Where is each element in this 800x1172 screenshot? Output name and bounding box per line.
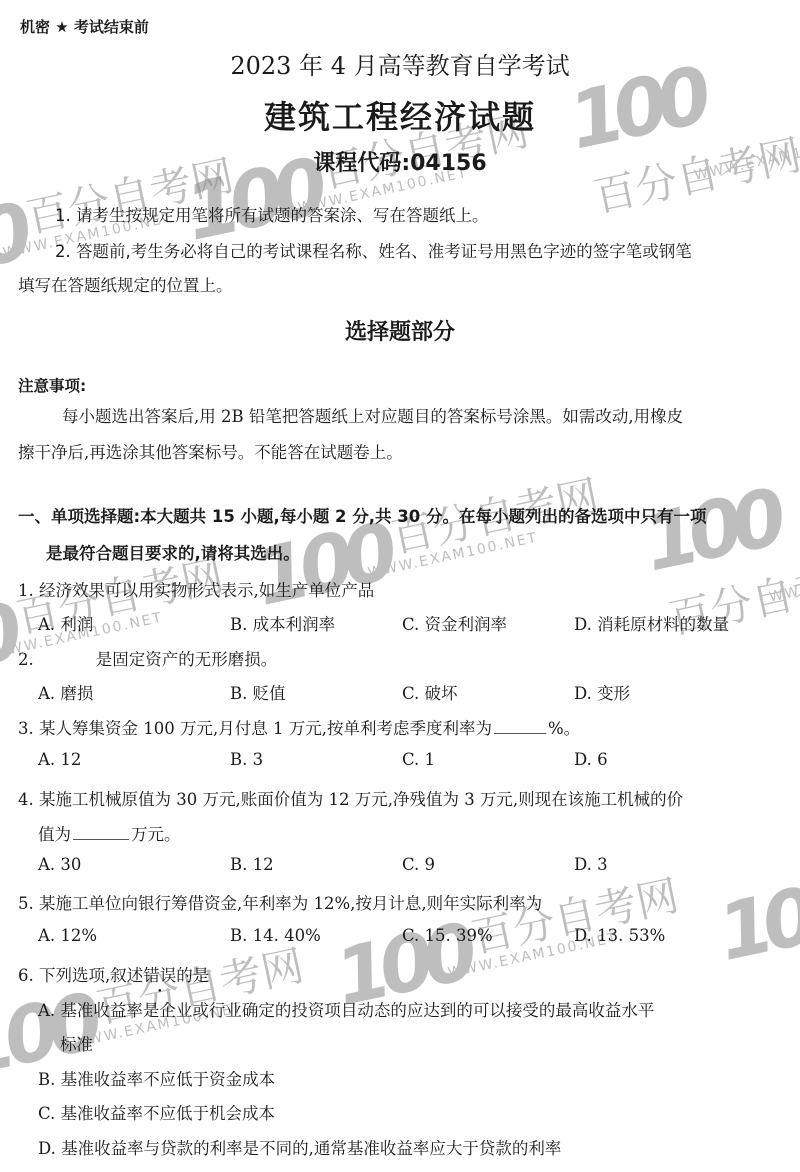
watermark-logo: 100 bbox=[636, 474, 785, 590]
confidential-label: 机密 ★ 考试结束前 bbox=[20, 16, 149, 37]
part-one-heading-cont: 是最符合题目要求的,请将其选出。 bbox=[46, 540, 300, 564]
question-4-suffix: 万元。 bbox=[131, 825, 181, 844]
question-4-stem-cont: 值为万元。 bbox=[38, 821, 181, 845]
instruction-1: 1. 请考生按规定用笔将所有试题的答案涂、写在答题纸上。 bbox=[55, 202, 489, 226]
question-1-option-d[interactable]: D. 消耗原材料的数量 bbox=[574, 611, 729, 635]
question-6-option-a-cont: 标准 bbox=[60, 1031, 93, 1055]
question-1-option-a[interactable]: A. 利润 bbox=[38, 611, 93, 635]
question-3-text: 3. 某人筹集资金 100 万元,月付息 1 万元,按单利考虑季度利率为 bbox=[18, 719, 492, 738]
part-one-heading: 一、单项选择题:本大题共 15 小题,每小题 2 分,共 30 分。在每小题列出… bbox=[18, 503, 707, 527]
question-3-suffix: %。 bbox=[548, 719, 580, 738]
question-2-option-b[interactable]: B. 贬值 bbox=[230, 680, 286, 704]
question-2-stem: 2.是固定资产的无形磨损。 bbox=[18, 646, 277, 670]
question-6-option-c[interactable]: C. 基准收益率不应低于机会成本 bbox=[38, 1100, 275, 1124]
question-5-stem: 5. 某施工单位向银行筹借资金,年利率为 12%,按月计息,则年实际利率为 bbox=[18, 890, 542, 914]
question-5-option-b[interactable]: B. 14. 40% bbox=[230, 926, 321, 945]
question-3-option-b[interactable]: B. 3 bbox=[230, 750, 263, 769]
question-2-option-d[interactable]: D. 变形 bbox=[574, 680, 630, 704]
question-6-prefix: 6. 下列选项,叙述 bbox=[18, 966, 143, 985]
paper-title: 建筑工程经济试题 bbox=[0, 92, 800, 138]
question-3-stem: 3. 某人筹集资金 100 万元,月付息 1 万元,按单利考虑季度利率为%。 bbox=[18, 715, 580, 739]
section-title: 选择题部分 bbox=[0, 315, 800, 346]
question-1-stem: 1. 经济效果可以用实物形式表示,如生产单位产品 bbox=[18, 577, 374, 601]
question-4-option-d[interactable]: D. 3 bbox=[574, 855, 608, 874]
question-3-blank bbox=[494, 732, 546, 734]
question-2-blank bbox=[36, 663, 94, 665]
instruction-2-cont: 填写在答题纸规定的位置上。 bbox=[18, 272, 233, 296]
question-6-suffix: 的是 bbox=[176, 966, 209, 985]
instruction-2: 2. 答题前,考生务必将自己的考试课程名称、姓名、准考证号用黑色字迹的签字笔或钢… bbox=[55, 238, 692, 262]
watermark: 100百分自考网 WWW.EXAM100.NET bbox=[636, 442, 800, 628]
watermark-logo: 100 bbox=[711, 863, 800, 979]
question-5-option-a[interactable]: A. 12% bbox=[38, 926, 97, 945]
question-4-option-b[interactable]: B. 12 bbox=[230, 855, 274, 874]
question-6-option-a[interactable]: A. 基准收益率是企业或行业确定的投资项目动态的应达到的可以接受的最高收益水平 bbox=[38, 997, 654, 1021]
question-3-option-c[interactable]: C. 1 bbox=[402, 750, 435, 769]
exam-session: 2023 年 4 月高等教育自学考试 bbox=[0, 46, 800, 81]
notes-label: 注意事项: bbox=[18, 374, 86, 396]
question-4-option-c[interactable]: C. 9 bbox=[402, 855, 435, 874]
notes-line-1: 每小题选出答案后,用 2B 铅笔把答题纸上对应题目的答案标号涂黑。如需改动,用橡… bbox=[62, 403, 683, 427]
watermark: 100 bbox=[711, 863, 800, 979]
question-3-option-a[interactable]: A. 12 bbox=[38, 750, 81, 769]
question-6-option-d[interactable]: D. 基准收益率与贷款的利率是不同的,通常基准收益率应大于贷款的利率 bbox=[38, 1135, 561, 1159]
question-4-prefix: 值为 bbox=[38, 825, 71, 844]
question-2-option-c[interactable]: C. 破坏 bbox=[402, 680, 458, 704]
question-3-option-d[interactable]: D. 6 bbox=[574, 750, 608, 769]
question-5-option-d[interactable]: D. 13. 53% bbox=[574, 926, 665, 945]
question-2-option-a[interactable]: A. 磨损 bbox=[38, 680, 93, 704]
watermark-url: WWW.EXAM100.NET bbox=[768, 554, 800, 606]
notes-line-2: 擦干净后,再选涂其他答案标号。不能答在试题卷上。 bbox=[18, 439, 403, 463]
course-code: 课程代码:04156 bbox=[0, 146, 800, 177]
question-6-emphasis: 错误 bbox=[143, 966, 176, 985]
question-1-option-c[interactable]: C. 资金利润率 bbox=[402, 611, 507, 635]
question-4-blank bbox=[73, 838, 129, 840]
question-4-option-a[interactable]: A. 30 bbox=[38, 855, 81, 874]
question-2-number: 2. bbox=[18, 650, 34, 669]
question-6-stem: 6. 下列选项,叙述错误的是 bbox=[18, 962, 209, 986]
question-2-text: 是固定资产的无形磨损。 bbox=[96, 650, 278, 669]
question-1-option-b[interactable]: B. 成本利润率 bbox=[230, 611, 335, 635]
question-5-option-c[interactable]: C. 15. 39% bbox=[402, 926, 493, 945]
question-6-option-b[interactable]: B. 基准收益率不应低于资金成本 bbox=[38, 1066, 275, 1090]
question-4-stem: 4. 某施工机械原值为 30 万元,账面价值为 12 万元,净残值为 3 万元,… bbox=[18, 786, 683, 810]
